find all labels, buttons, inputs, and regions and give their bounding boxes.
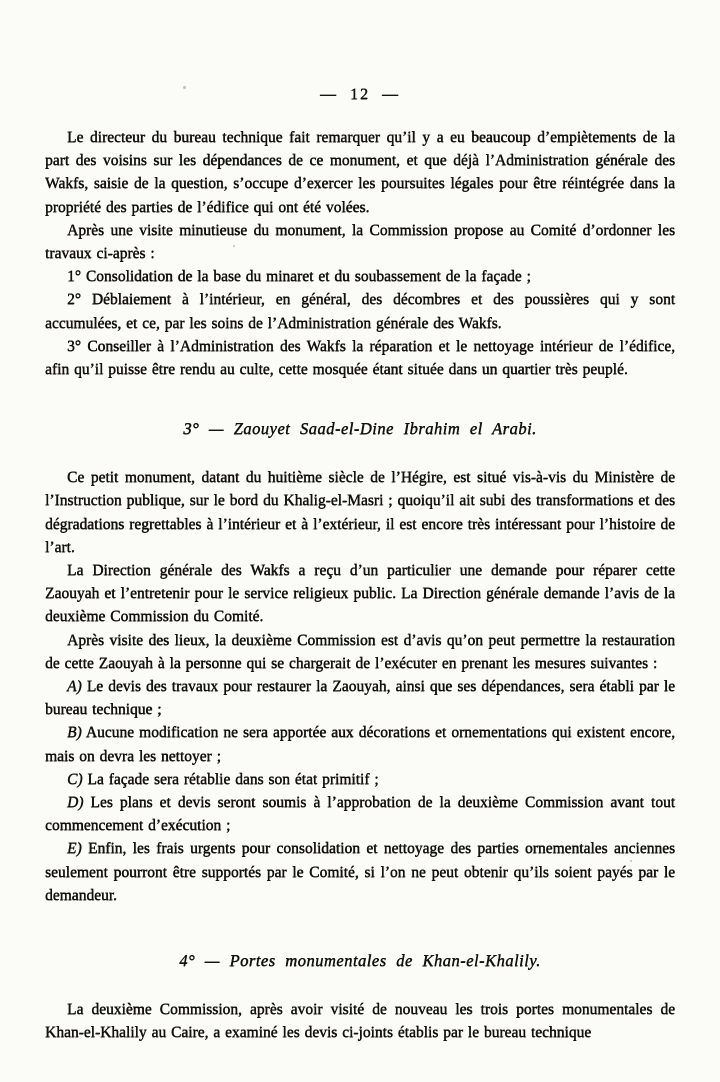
measure-item-b: B) Aucune modification ne sera apportée … [45, 721, 675, 767]
section-heading-4: 4° — Portes monumentales de Khan-el-Khal… [45, 951, 675, 971]
measure-label-b: B) [67, 724, 82, 741]
scan-speck [183, 86, 186, 89]
paragraph-section4-1: La deuxième Commission, après avoir visi… [45, 998, 675, 1044]
paragraph-section3-3: Après visite des lieux, la deuxième Comm… [45, 629, 675, 675]
measure-item-a: A) Le devis des travaux pour restaurer l… [45, 675, 675, 721]
page-number: — 12 — [45, 86, 675, 104]
measure-text-d: Les plans et devis seront soumis à l’app… [45, 794, 675, 834]
measure-label-a: A) [67, 678, 82, 695]
paragraph-intro-2: Après une visite minutieuse du monument,… [45, 219, 675, 265]
section-heading-3: 3° — Zaouyet Saad-el-Dine Ibrahim el Ara… [45, 419, 675, 439]
scan-speck [630, 860, 632, 862]
measure-text-e: Enfin, les frais urgents pour consolidat… [45, 840, 675, 903]
numbered-item-3: 3° Conseiller à l’Administration des Wak… [45, 335, 675, 381]
measure-label-e: E) [67, 840, 82, 857]
measure-item-e: E) Enfin, les frais urgents pour consoli… [45, 837, 675, 907]
numbered-item-1: 1° Consolidation de la base du minaret e… [45, 265, 675, 288]
scan-speck [233, 245, 235, 247]
paragraph-intro-1: Le directeur du bureau technique fait re… [45, 126, 675, 219]
measure-label-d: D) [67, 794, 83, 811]
measure-item-d: D) Les plans et devis seront soumis à l’… [45, 791, 675, 837]
measure-label-c: C) [67, 771, 83, 788]
paragraph-section3-2: La Direction générale des Wakfs a reçu d… [45, 559, 675, 629]
numbered-item-2: 2° Déblaiement à l’intérieur, en général… [45, 288, 675, 334]
paragraph-section3-1: Ce petit monument, datant du huitième si… [45, 466, 675, 559]
measure-text-c: La façade sera rétablie dans son état pr… [87, 771, 378, 788]
scanned-document-page: — 12 — Le directeur du bureau technique … [0, 0, 720, 1082]
measure-item-c: C) La façade sera rétablie dans son état… [45, 768, 675, 791]
measure-text-a: Le devis des travaux pour restaurer la Z… [45, 678, 675, 718]
measure-text-b: Aucune modification ne sera apportée aux… [45, 724, 675, 764]
